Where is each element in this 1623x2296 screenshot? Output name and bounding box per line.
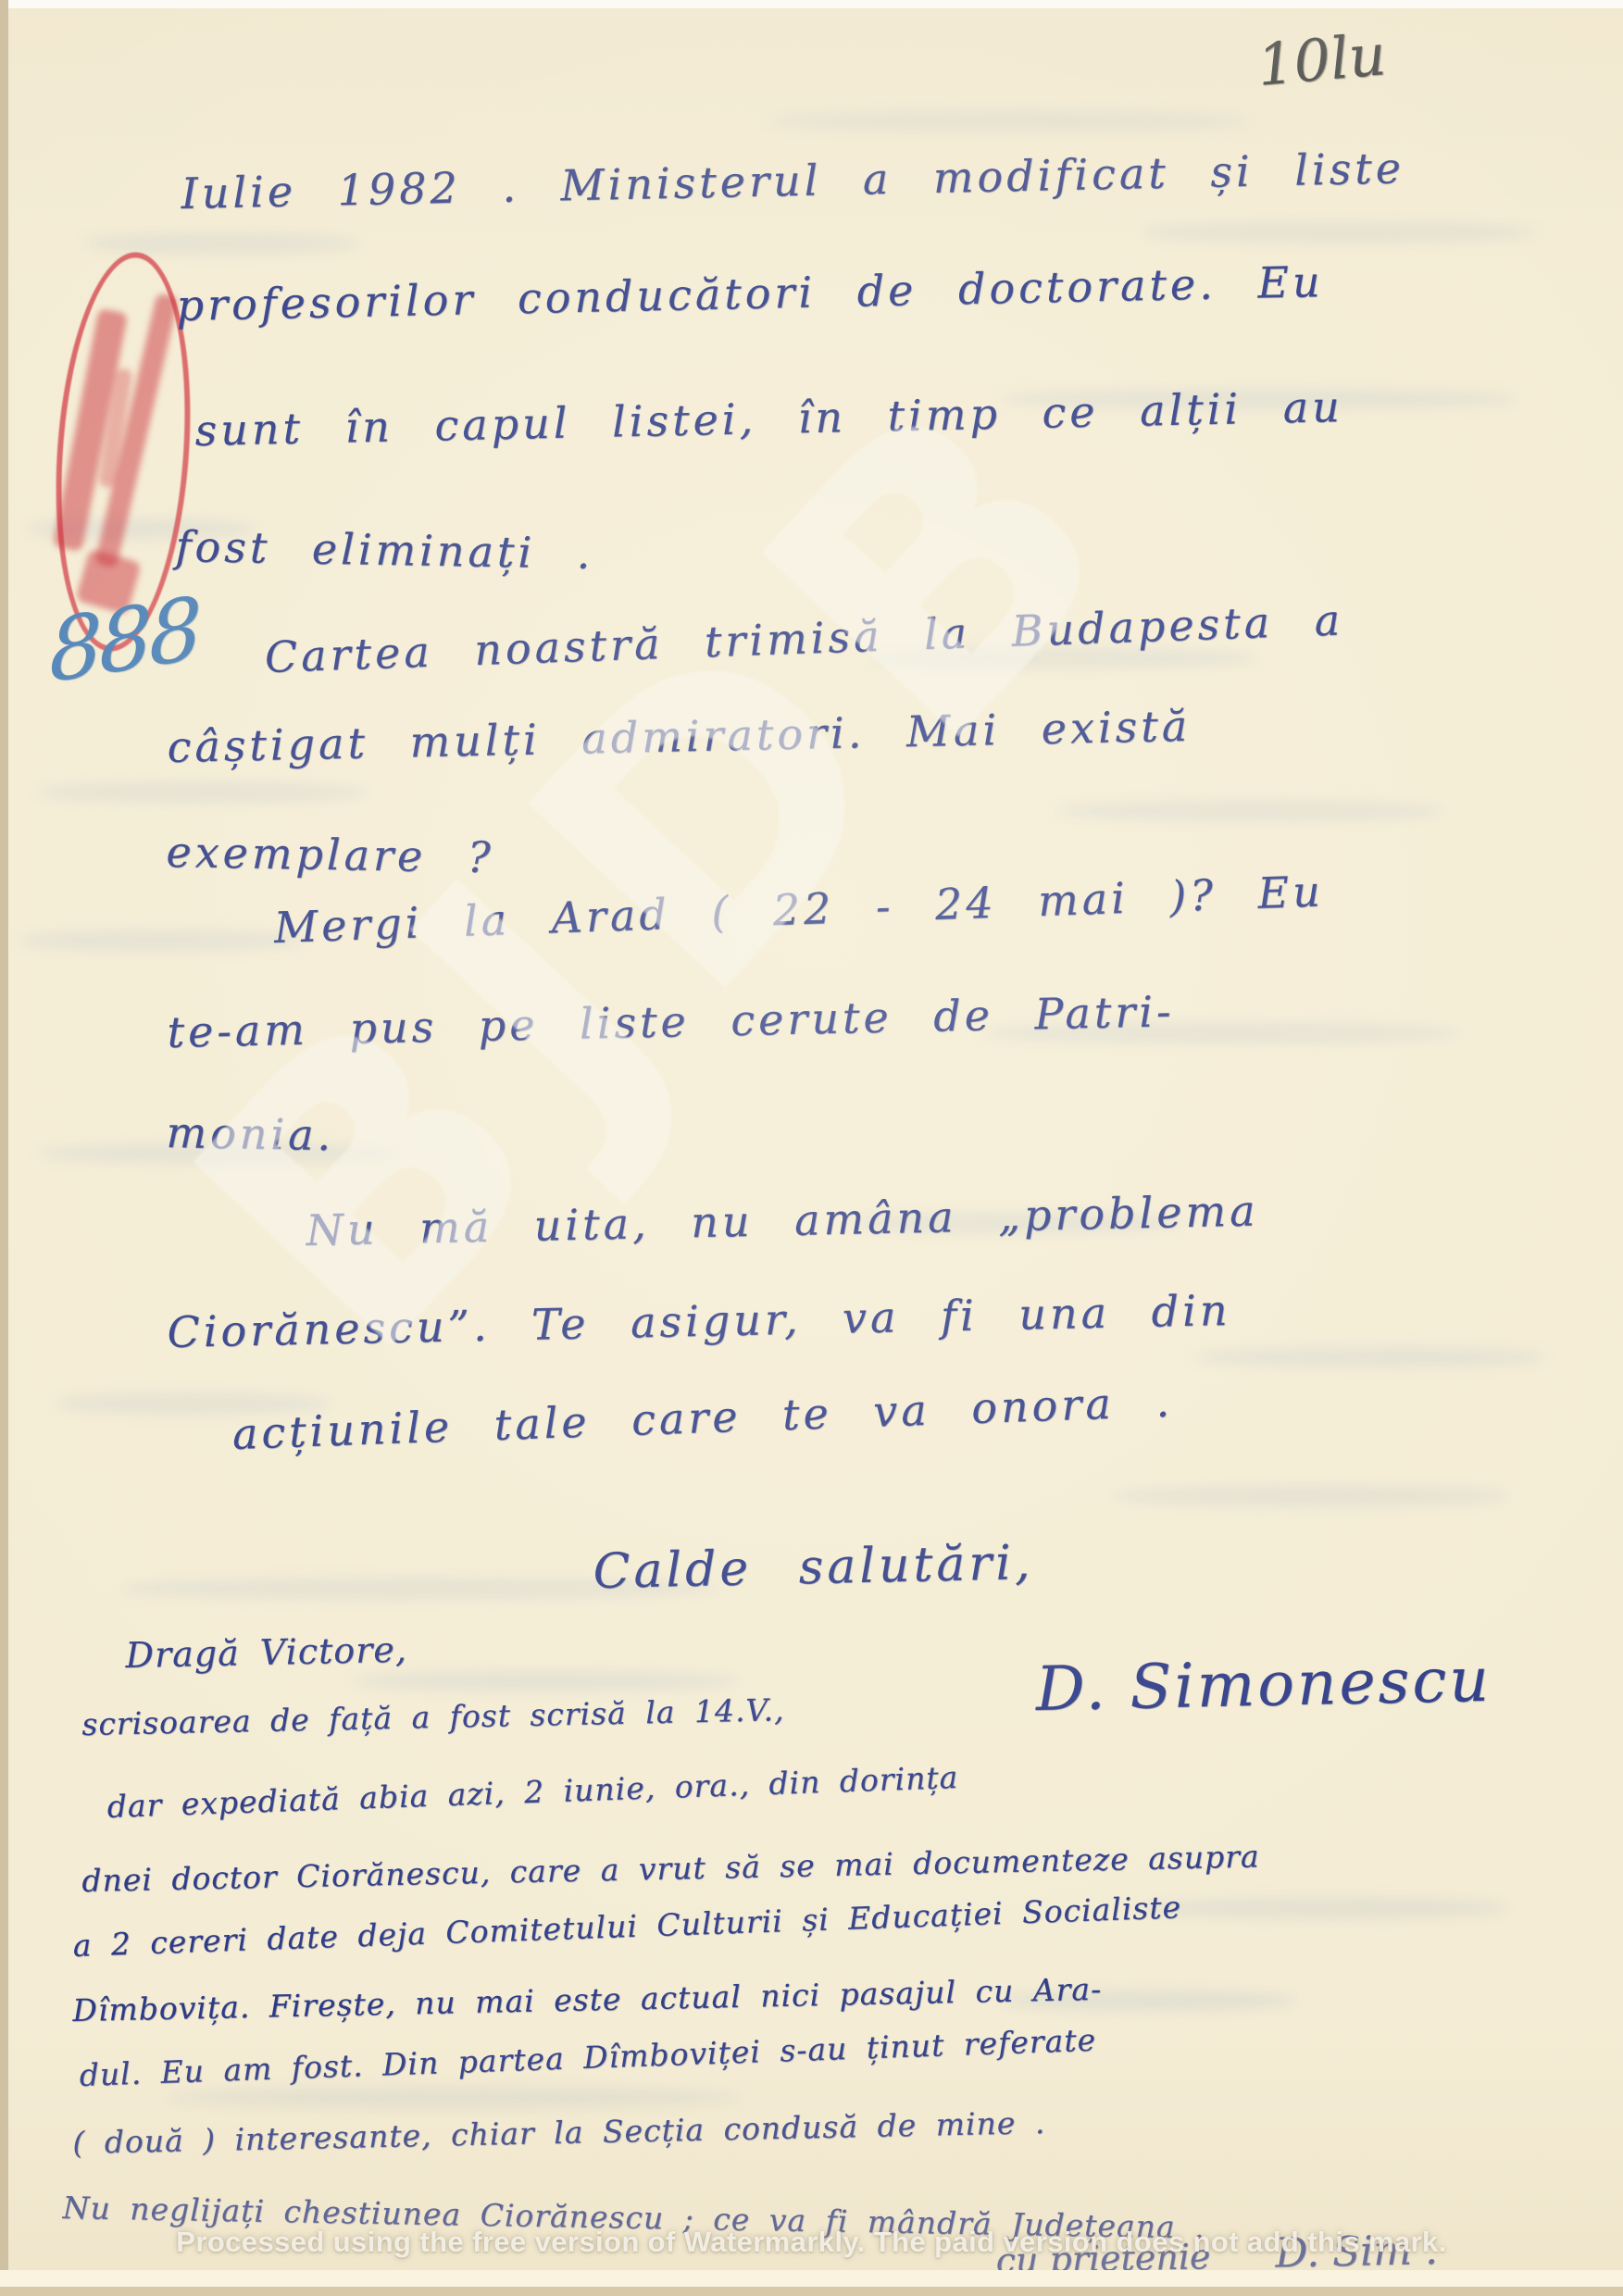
bleed-through-mark — [1139, 1898, 1509, 1918]
watermark-notice: Processed using the free version of Wate… — [176, 2226, 1446, 2259]
postscript-salutation: Dragă Victore, — [125, 1629, 407, 1676]
bleed-through-mark — [352, 1671, 741, 1691]
bleed-through-mark — [1055, 801, 1444, 821]
bleed-through-mark — [1139, 222, 1537, 243]
letter-line: Nu mă uita, nu amâna „problema — [306, 1185, 1259, 1255]
bleed-through-mark — [1194, 1347, 1546, 1367]
letter-line: fost eliminați . — [175, 521, 594, 579]
postscript-line: a 2 cereri date deja Comitetului Culturi… — [72, 1889, 1182, 1964]
letter-line: Ciorănescu”. Te asigur, va fi una din — [167, 1285, 1231, 1357]
scan-edge-bottom — [0, 2287, 1623, 2296]
bleed-through-mark — [37, 782, 370, 803]
scan-edge-top — [0, 0, 1623, 8]
postscript-line: ( două ) interesante, chiar la Secția co… — [72, 2104, 1046, 2161]
letter-line: câștigat mulți admiratori. Mai există — [167, 701, 1192, 772]
letter-line: profesorilor conducători de doctorate. E… — [176, 256, 1324, 331]
bleed-through-mark — [83, 233, 361, 254]
letter-line: Cartea noastră trimisă la Budapesta a — [264, 594, 1344, 682]
bleed-through-mark — [167, 2088, 741, 2108]
letter-line: Iulie 1982 . Ministerul a modificat și l… — [181, 143, 1405, 218]
letter-line: sunt în capul listei, în timp ce alții a… — [194, 381, 1343, 455]
letter-line: te-am pus pe liste cerute de Patri- — [167, 986, 1175, 1057]
bleed-through-mark — [768, 111, 1250, 131]
postscript-line: Dîmbovița. Firește, nu mai este actual n… — [72, 1971, 1103, 2028]
postscript-line: scrisoarea de față a fost scrisă la 14.V… — [81, 1691, 785, 1742]
letter-line: exemplare ? — [166, 827, 494, 882]
letter-line: monia. — [166, 1107, 335, 1160]
bleed-through-mark — [1111, 1486, 1509, 1506]
signature: D. Simonescu — [1035, 1644, 1492, 1725]
page-corner-note: 10lu — [1255, 20, 1388, 99]
letter-line: acțiunile tale care te va onora . — [231, 1377, 1174, 1459]
postscript-line: dul. Eu am fost. Din partea Dîmboviței s… — [79, 2022, 1097, 2093]
scan-edge-left — [0, 0, 8, 2296]
postscript-line: dnei doctor Ciorănescu, care a vrut să s… — [81, 1838, 1260, 1899]
scan-edge-bottom-pale — [0, 2270, 1623, 2287]
scanned-letter-page: 10lu 888 Iulie 1982 . Ministerul a modif… — [0, 0, 1623, 2296]
bleed-through-mark — [19, 930, 306, 951]
postscript-line: dar expediată abia azi, 2 iunie, ora., d… — [106, 1759, 959, 1825]
letter-closing: Calde salutări, — [593, 1535, 1034, 1600]
